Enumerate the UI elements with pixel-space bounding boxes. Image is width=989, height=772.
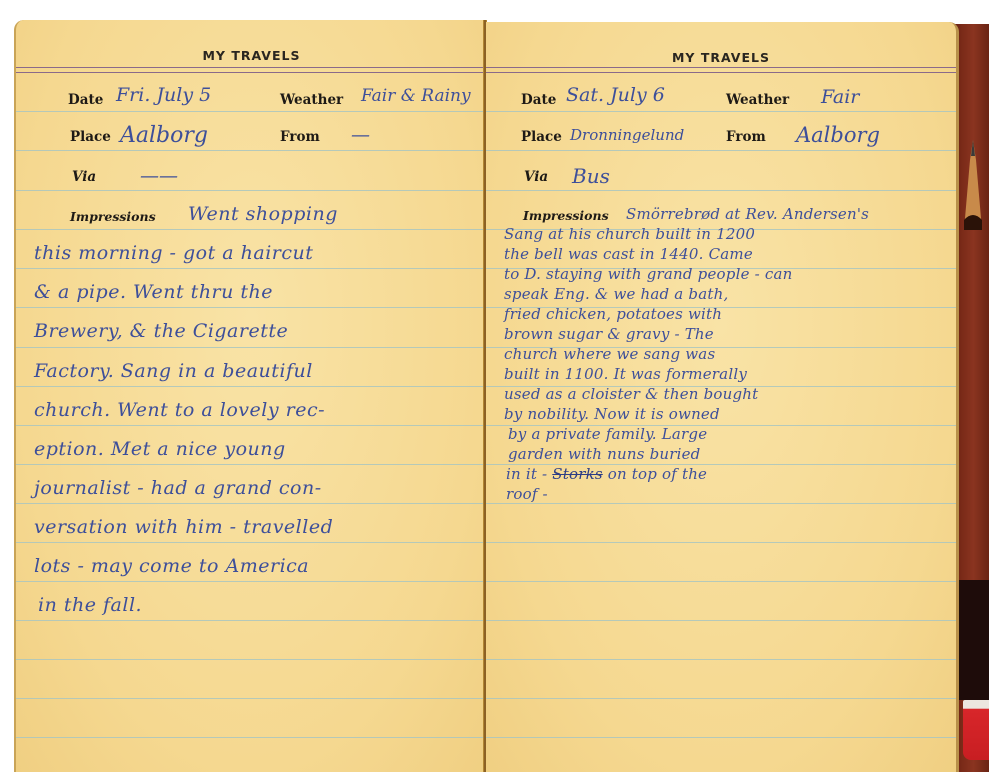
pencil-icon — [962, 140, 984, 230]
ruled-line — [486, 150, 956, 151]
impressions-line: Sang at his church built in 1200 — [504, 225, 755, 243]
line-end: on top of the — [603, 465, 707, 483]
impressions-line: lots - may come to America — [34, 555, 309, 577]
header-rule — [16, 67, 487, 73]
impressions-line: built in 1100. It was formerally — [504, 365, 747, 383]
left-page: MY TRAVELS Date Fri. July 5 Weather Fair… — [14, 20, 487, 772]
impressions-label: Impressions — [70, 209, 156, 224]
impressions-line: brown sugar & gravy - The — [504, 325, 714, 343]
from-label: From — [280, 129, 320, 145]
impressions-line: journalist - had a grand con- — [34, 477, 322, 499]
struck-word: Storks — [552, 465, 603, 483]
red-case — [963, 700, 989, 760]
ruled-line — [16, 347, 487, 348]
right-page: MY TRAVELS Date Sat. July 6 Weather Fair… — [486, 22, 959, 772]
ruled-line — [486, 659, 956, 660]
impressions-line: fried chicken, potatoes with — [504, 305, 722, 323]
impressions-line: Factory. Sang in a beautiful — [34, 360, 313, 382]
impressions-label: Impressions — [523, 208, 609, 223]
weather-label: Weather — [726, 92, 789, 108]
weather-value: Fair — [821, 86, 859, 108]
ruled-line — [16, 229, 487, 230]
ruled-line — [486, 698, 956, 699]
date-value: Sat. July 6 — [566, 84, 665, 106]
impressions-line: church where we sang was — [504, 345, 715, 363]
from-label: From — [726, 129, 766, 145]
ruled-line — [16, 425, 487, 426]
via-value: Bus — [572, 164, 610, 188]
impressions-line: Brewery, & the Cigarette — [34, 320, 288, 342]
impressions-line: the bell was cast in 1440. Came — [504, 245, 753, 263]
ruled-line — [486, 620, 956, 621]
impressions-line: church. Went to a lovely rec- — [34, 399, 325, 421]
ruled-line — [16, 581, 487, 582]
ruled-line — [16, 698, 487, 699]
impressions-line: Smörrebrød at Rev. Andersen's — [626, 205, 869, 223]
ruled-line — [486, 542, 956, 543]
date-label: Date — [521, 92, 556, 108]
place-label: Place — [521, 129, 562, 145]
ruled-line — [486, 581, 956, 582]
impressions-line: Went shopping — [188, 203, 338, 225]
impressions-line: by nobility. Now it is owned — [504, 405, 720, 423]
impressions-line: by a private family. Large — [508, 425, 707, 443]
ruled-line — [16, 150, 487, 151]
ruled-line — [16, 659, 487, 660]
via-value: —— — [140, 165, 178, 187]
ruled-line — [16, 268, 487, 269]
page-header: MY TRAVELS — [16, 48, 487, 63]
via-label: Via — [524, 169, 548, 185]
place-value: Dronningelund — [570, 126, 684, 144]
impressions-line: in it - Storks on top of the — [506, 465, 707, 483]
header-rule — [486, 67, 956, 73]
ruled-line — [486, 111, 956, 112]
date-value: Fri. July 5 — [116, 84, 211, 106]
weather-value: Fair & Rainy — [361, 86, 471, 106]
place-value: Aalborg — [120, 123, 208, 148]
ruled-line — [16, 542, 487, 543]
impressions-line: garden with nuns buried — [508, 445, 700, 463]
impressions-line: in the fall. — [38, 594, 142, 616]
ruled-line — [16, 111, 487, 112]
weather-label: Weather — [280, 92, 343, 108]
ruled-line — [16, 503, 487, 504]
impressions-line: versation with him - travelled — [34, 516, 333, 538]
date-label: Date — [68, 92, 103, 108]
cover-shadow — [958, 580, 989, 700]
ruled-line — [16, 620, 487, 621]
ruled-line — [16, 737, 487, 738]
ruled-line — [486, 737, 956, 738]
impressions-line: & a pipe. Went thru the — [34, 281, 273, 303]
ruled-line — [486, 503, 956, 504]
impressions-line: used as a cloister & then bought — [504, 385, 758, 403]
ruled-line — [16, 307, 487, 308]
impressions-line: this morning - got a haircut — [34, 242, 313, 264]
page-header: MY TRAVELS — [486, 50, 956, 65]
place-label: Place — [70, 129, 111, 145]
from-value: — — [351, 124, 370, 146]
line-start: in it - — [506, 465, 547, 483]
impressions-line: eption. Met a nice young — [34, 438, 286, 460]
ruled-line — [16, 386, 487, 387]
ruled-line — [16, 464, 487, 465]
impressions-line: speak Eng. & we had a bath, — [504, 285, 728, 303]
ruled-line — [16, 190, 487, 191]
from-value: Aalborg — [796, 123, 880, 147]
impressions-line: roof - — [506, 485, 548, 503]
via-label: Via — [72, 169, 96, 185]
impressions-line: to D. staying with grand people - can — [504, 265, 792, 283]
ruled-line — [486, 190, 956, 191]
